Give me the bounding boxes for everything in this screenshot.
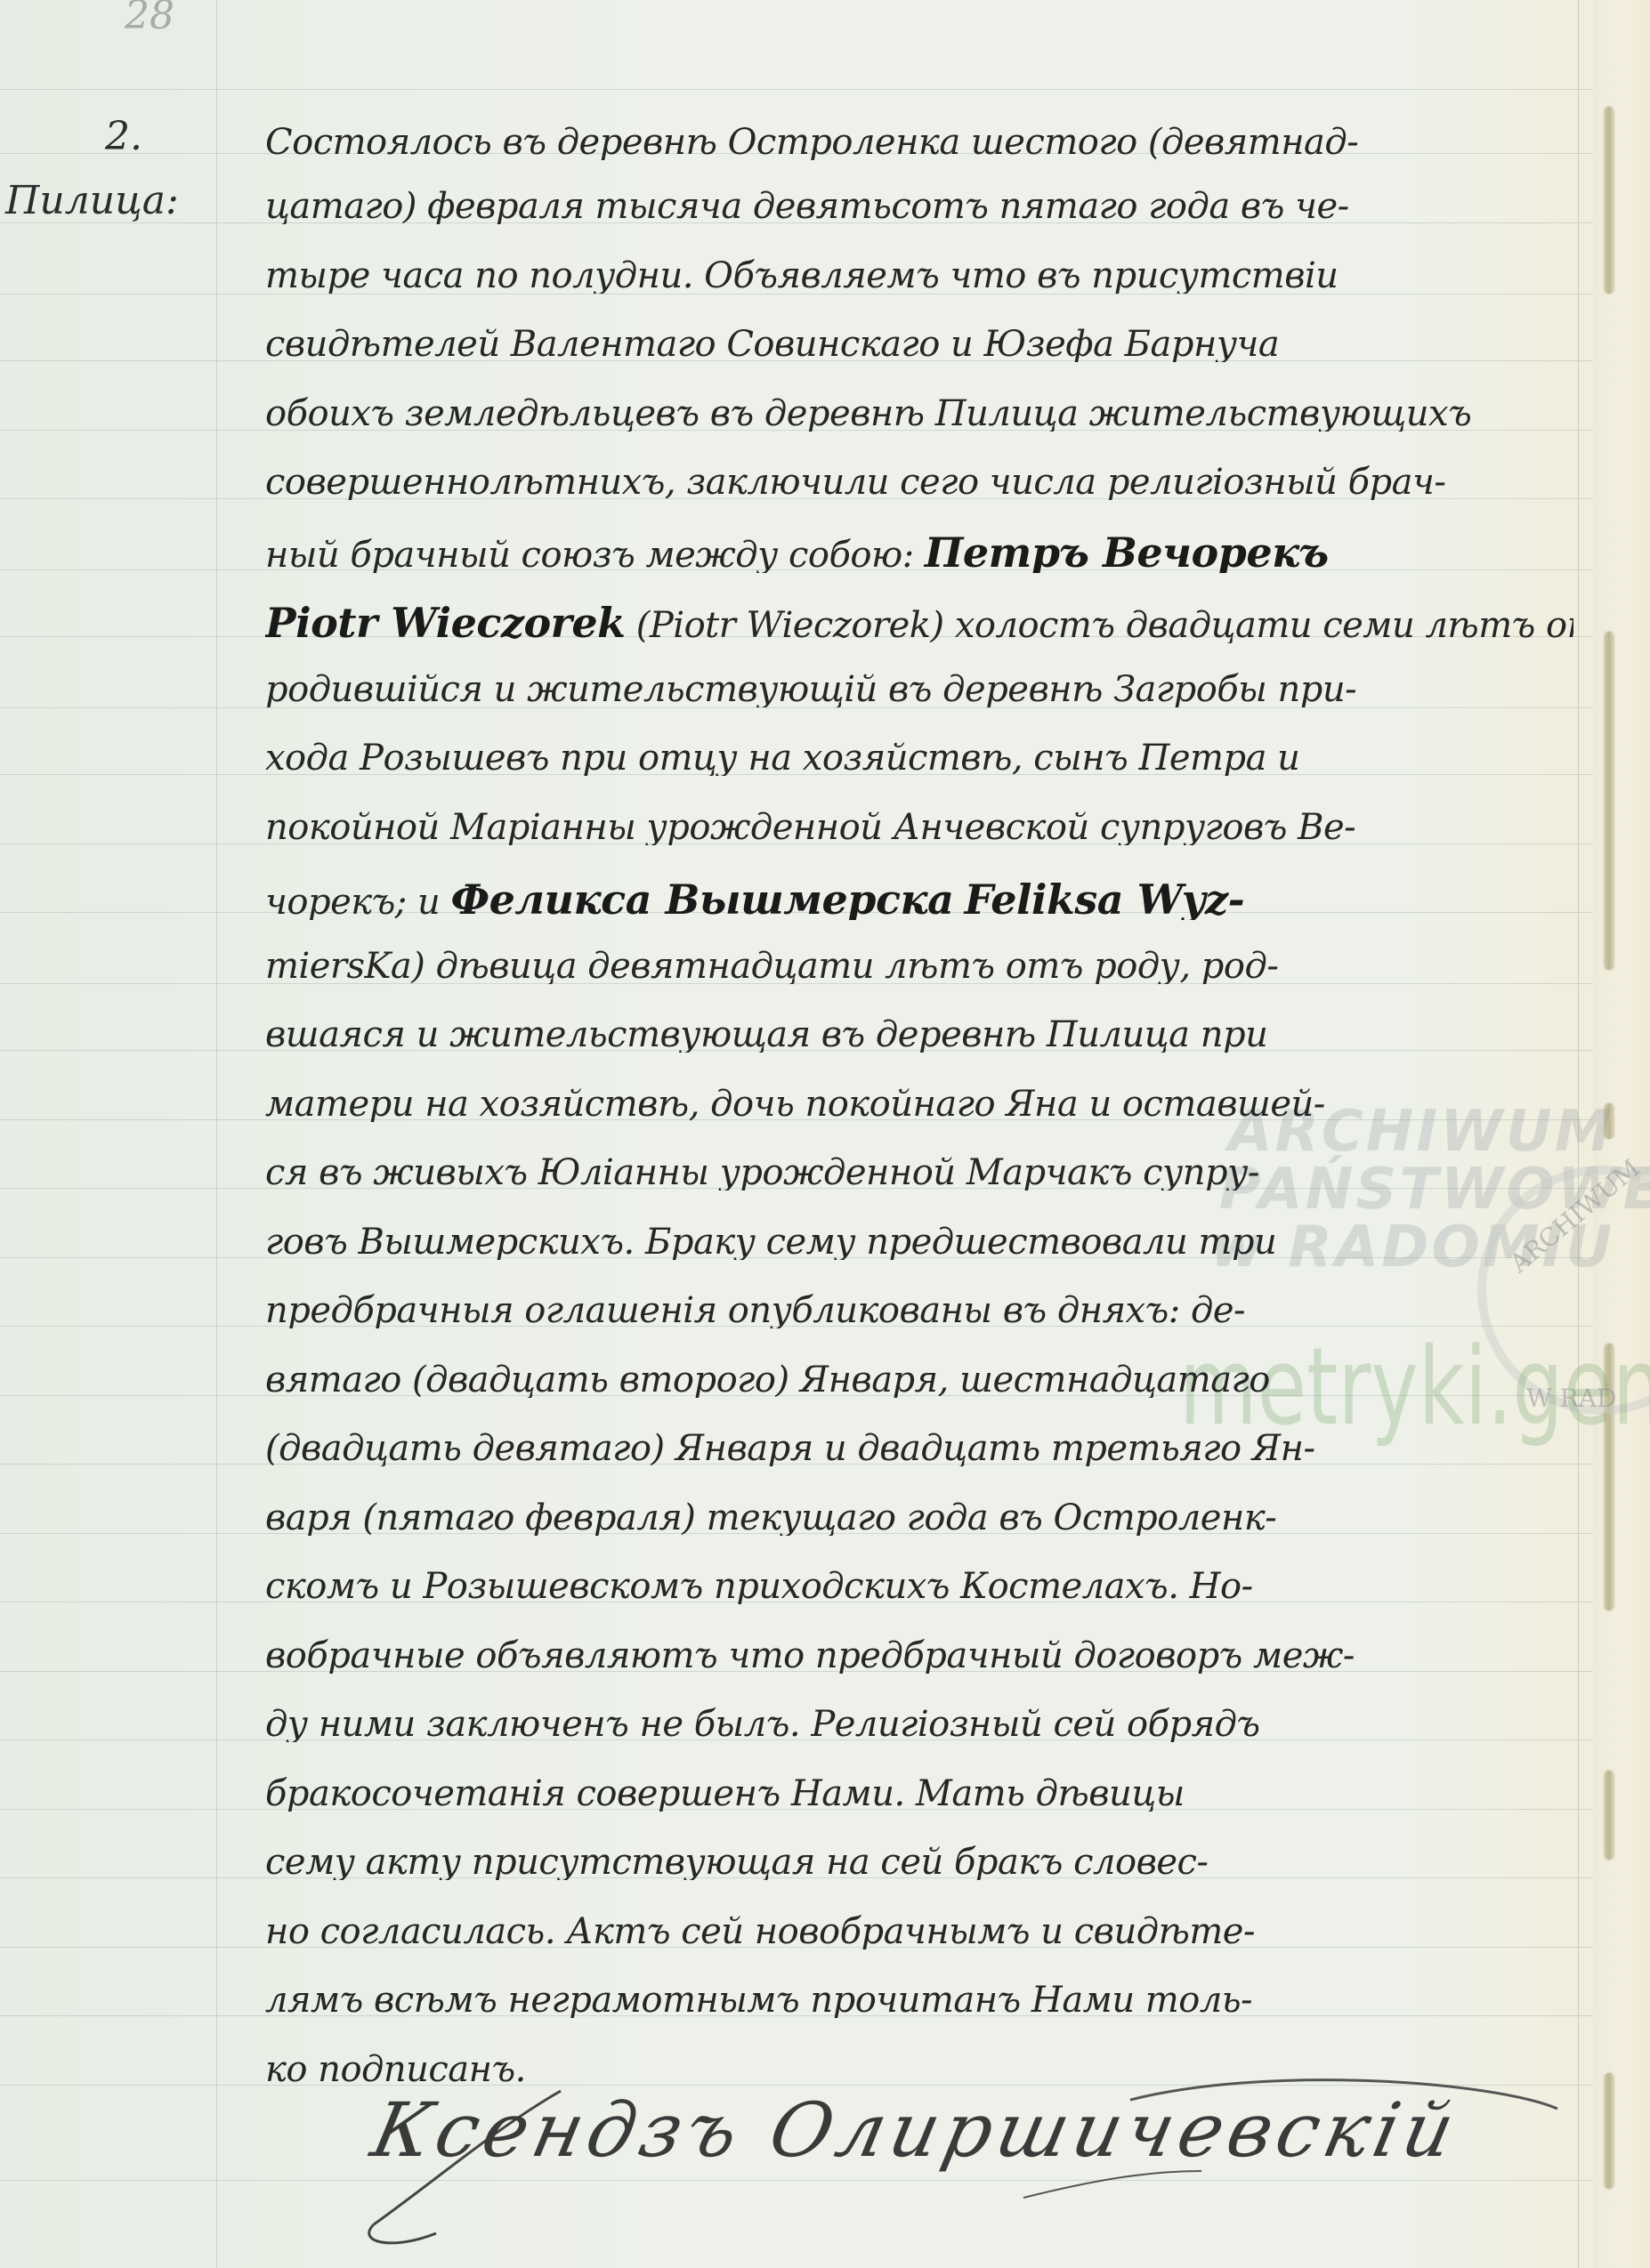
groom-name-cyrillic: Петръ Вечорекъ — [925, 532, 1329, 573]
margin-line — [216, 0, 217, 2268]
record-line: предбрачныя оглашенія опубликованы въ дн… — [265, 1293, 1573, 1328]
record-line: хода Розышевъ при отцу на хозяйствѣ, сын… — [265, 740, 1573, 776]
entry-number: 2. — [105, 114, 142, 159]
record-line: покойной Маріанны урожденной Анчевской с… — [265, 810, 1573, 845]
record-line: чорекъ; и Феликса Вышмерска Feliksa Wyz- — [265, 879, 1573, 920]
record-line: родившійся и жительствующій въ деревнѣ З… — [265, 672, 1573, 707]
record-line: совершеннолѣтнихъ, заключили сего числа … — [265, 464, 1573, 500]
document-page: 28 2. Пилица: ARCHIWUM PAŃSTWOWE w RADOM… — [0, 0, 1650, 2268]
record-line: (двадцать девятаго) Января и двадцать тр… — [265, 1431, 1573, 1466]
record-line: тыре часа по полудни. Объявляемъ что въ … — [265, 258, 1573, 294]
margin-village-name: Пилица: — [5, 178, 179, 223]
record-line: Piotr Wieczorek (Piotr Wieczorek) холост… — [265, 602, 1573, 643]
page-number: 28 — [125, 0, 174, 38]
record-line: говъ Вышмерскихъ. Браку сему предшествов… — [265, 1224, 1573, 1260]
record-line-text: чорекъ; и — [265, 882, 440, 920]
priest-signature: Ксендзъ Олиршичевскій — [365, 2086, 1468, 2174]
record-line: но согласилась. Актъ сей новобрачнымъ и … — [265, 1914, 1573, 1949]
binding-thread-stitch — [1605, 2073, 1614, 2189]
groom-name-latin: Piotr Wieczorek — [265, 602, 626, 643]
binding-thread-stitch — [1605, 107, 1614, 294]
ruled-line — [0, 89, 1593, 90]
record-line: ду ними заключенъ не былъ. Религіозный с… — [265, 1707, 1573, 1742]
record-line: вшаяся и жительствующая въ деревнѣ Пилиц… — [265, 1017, 1573, 1053]
record-line: обоихъ земледѣльцевъ въ деревнѣ Пилица ж… — [265, 396, 1573, 432]
record-line: матери на хозяйствѣ, дочь покойнаго Яна … — [265, 1086, 1573, 1122]
record-line: Состоялось въ деревнѣ Остроленка шестого… — [265, 125, 1573, 160]
record-line: сему акту присутствующая на сей бракъ сл… — [265, 1844, 1573, 1880]
ruled-line — [0, 294, 1593, 295]
record-line: скомъ и Розышевскомъ приходскихъ Костела… — [265, 1569, 1573, 1604]
record-line: варя (пятаго февраля) текущаго года въ О… — [265, 1500, 1573, 1536]
record-line-text: ный брачный союзъ между собою: — [265, 535, 914, 573]
binding-thread-stitch — [1605, 1771, 1614, 1860]
bride-name-cyrillic: Феликса Вышмерска — [450, 879, 953, 920]
bride-name-latin: Feliksa Wyz- — [965, 879, 1245, 920]
binding-thread-stitch — [1605, 632, 1614, 970]
record-line: свидѣтелей Валентаго Совинскаго и Юзефа … — [265, 327, 1573, 362]
record-line: вятаго (двадцать второго) Января, шестна… — [265, 1362, 1573, 1398]
record-line: ный брачный союзъ между собою: Петръ Веч… — [265, 532, 1573, 573]
record-line: вобрачные объявляютъ что предбрачный дог… — [265, 1638, 1573, 1674]
record-line: ся въ живыхъ Юліанны урожденной Марчакъ … — [265, 1155, 1573, 1190]
record-line: miersKa) дѣвица девятнадцати лѣтъ отъ ро… — [265, 948, 1573, 984]
record-line: бракосочетанія совершенъ Нами. Мать дѣви… — [265, 1776, 1573, 1812]
record-line-text: (Piotr Wieczorek) холостъ двадцати семи … — [636, 605, 1573, 643]
ruled-line — [0, 707, 1593, 708]
record-line: цатаго) февраля тысяча девятьсотъ пятаго… — [265, 189, 1573, 224]
record-line: лямъ всѣмъ неграмотнымъ прочитанъ Нами т… — [265, 1982, 1573, 2018]
